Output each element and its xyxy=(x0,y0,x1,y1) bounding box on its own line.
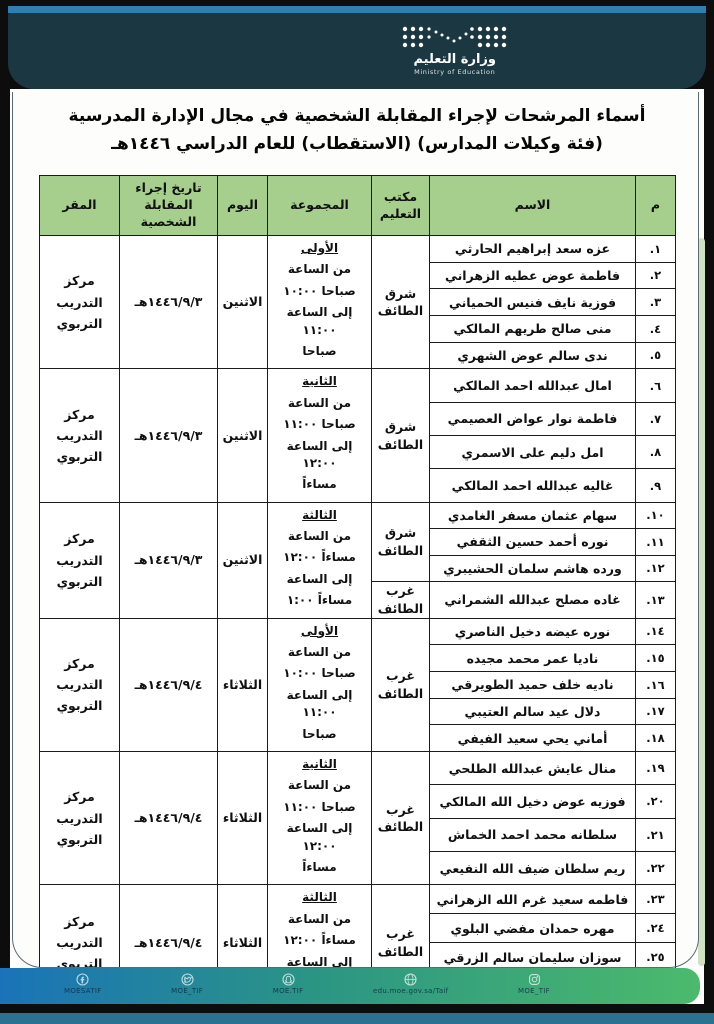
candidate-name-cell: غاليه عبدالله احمد المالكي xyxy=(430,469,636,502)
row-number-cell: ١٧. xyxy=(636,698,676,725)
venue-cell: مركز التدريب التربوي xyxy=(40,618,120,751)
group-time-line: من الساعة xyxy=(270,528,369,545)
group-time-line: إلى الساعة ١١:٠٠ xyxy=(270,304,369,339)
interview-date-cell: ١٤٤٦/٩/٣هـ xyxy=(120,236,218,369)
row-number-cell: ٥. xyxy=(636,342,676,369)
header-education-office: مكتب التعليم xyxy=(372,176,430,236)
group-time-line: إلى الساعة ١٢:٠٠ xyxy=(270,820,369,855)
candidates-table-body: ١.عزه سعد إبراهيم الحارثيشرق الطائفالأول… xyxy=(40,236,676,1001)
globe-icon xyxy=(404,973,417,986)
group-title: الثالثة xyxy=(270,507,369,524)
header-day: اليوم xyxy=(218,176,268,236)
candidate-name-cell: سهام عثمان مسفر الغامدي xyxy=(430,502,636,528)
page-edge-accent xyxy=(698,238,705,966)
education-office-cell: غرب الطائف xyxy=(372,618,430,751)
candidate-name-cell: منال عايش عبدالله الطلحي xyxy=(430,751,636,784)
group-time-line: صباحا ١٠:٠٠ xyxy=(270,283,369,300)
row-number-cell: ٢١. xyxy=(636,818,676,851)
interview-date-cell: ١٤٤٦/٩/٤هـ xyxy=(120,618,218,751)
candidate-name-cell: عزه سعد إبراهيم الحارثي xyxy=(430,236,636,263)
social-links: MOESATIFMOE_TIFMOE.TIFedu.moe.gov.sa/Tai… xyxy=(64,973,550,995)
ministry-of-education-logo: وزارة التعليم Ministry of Education xyxy=(400,24,510,76)
education-office-cell: غرب الطائف xyxy=(372,751,430,884)
group-schedule-cell: الثالثةمن الساعةمساءاً ١٢:٠٠إلى الساعةمس… xyxy=(268,502,372,618)
ministry-header-band: وزارة التعليم Ministry of Education xyxy=(8,13,706,89)
candidate-name-cell: فوزية نايف فنيس الحمياني xyxy=(430,289,636,316)
header-serial: م xyxy=(636,176,676,236)
candidate-name-cell: فوزيه عوض دخيل الله المالكي xyxy=(430,785,636,818)
row-number-cell: ٢٣. xyxy=(636,885,676,914)
social-link-edu.moe.gov.sa/taif[interactable]: edu.moe.gov.sa/Taif xyxy=(373,973,448,995)
candidate-name-cell: ناديه خلف حميد الطويرقي xyxy=(430,671,636,698)
group-title: الثانية xyxy=(270,373,369,390)
header-venue: المقر xyxy=(40,176,120,236)
ministry-name-arabic: وزارة التعليم xyxy=(400,52,510,67)
group-title: الأولى xyxy=(270,623,369,640)
row-number-cell: ١١. xyxy=(636,529,676,555)
ministry-name-english: Ministry of Education xyxy=(400,68,510,76)
row-number-cell: ١٩. xyxy=(636,751,676,784)
candidate-row: ٢٣.فاطمه سعيد غرم الله الزهرانيغرب الطائ… xyxy=(40,885,676,914)
row-number-cell: ٤. xyxy=(636,315,676,342)
candidate-name-cell: فاطمة نوار عواض العصيمي xyxy=(430,402,636,435)
social-link-moe_tif[interactable]: MOE_TIF xyxy=(518,973,550,995)
title-line-2: (فئة وكيلات المدارس) (الاستقطاب) للعام ا… xyxy=(40,131,674,159)
social-link-moe_tif[interactable]: MOE_TIF xyxy=(171,973,203,995)
group-time-line: من الساعة xyxy=(270,644,369,661)
group-time-line: صباحا ١١:٠٠ xyxy=(270,416,369,433)
group-schedule-cell: الأولىمن الساعةصباحا ١٠:٠٠إلى الساعة ١١:… xyxy=(268,236,372,369)
candidate-name-cell: ورده هاشم سلمان الحشيبري xyxy=(430,555,636,581)
day-cell: الاثنين xyxy=(218,236,268,369)
twitter-icon xyxy=(181,973,194,986)
candidate-name-cell: سلطانه محمد احمد الخماش xyxy=(430,818,636,851)
group-time-line: من الساعة xyxy=(270,395,369,412)
social-label: edu.moe.gov.sa/Taif xyxy=(373,987,448,995)
candidate-name-cell: منى صالح طريهم المالكي xyxy=(430,315,636,342)
ministry-logo-dots-icon xyxy=(400,24,510,50)
candidate-name-cell: امل دليم على الاسمري xyxy=(430,436,636,469)
group-title: الثانية xyxy=(270,756,369,773)
group-time-line: من الساعة xyxy=(270,911,369,928)
candidate-row: ٦.امال عبدالله احمد المالكيشرق الطائفالث… xyxy=(40,369,676,402)
social-label: MOESATIF xyxy=(64,987,102,995)
row-number-cell: ٢٠. xyxy=(636,785,676,818)
row-number-cell: ٧. xyxy=(636,402,676,435)
row-number-cell: ٢٤. xyxy=(636,914,676,943)
venue-cell: مركز التدريب التربوي xyxy=(40,502,120,618)
group-time-line: إلى الساعة xyxy=(270,571,369,588)
row-number-cell: ٩. xyxy=(636,469,676,502)
candidate-name-cell: فاطمه سعيد غرم الله الزهراني xyxy=(430,885,636,914)
candidate-name-cell: ريم سلطان ضيف الله النفيعي xyxy=(430,851,636,884)
group-time-line: مساءاً ١٢:٠٠ xyxy=(270,549,369,566)
footer-band: MOESATIFMOE_TIFMOE.TIFedu.moe.gov.sa/Tai… xyxy=(0,968,700,1004)
row-number-cell: ١٥. xyxy=(636,645,676,672)
instagram-icon xyxy=(528,973,541,986)
interview-date-cell: ١٤٤٦/٩/٤هـ xyxy=(120,751,218,884)
day-cell: الثلاثاء xyxy=(218,618,268,751)
group-schedule-cell: الثانيةمن الساعةصباحا ١١:٠٠إلى الساعة ١٢… xyxy=(268,751,372,884)
header-row: م الاسم مكتب التعليم المجموعة اليوم تاري… xyxy=(40,176,676,236)
candidate-row: ١٤.نوره عيضه دخيل الناصريغرب الطائفالأول… xyxy=(40,618,676,645)
candidate-name-cell: ندى سالم عوض الشهري xyxy=(430,342,636,369)
row-number-cell: ١٤. xyxy=(636,618,676,645)
snapchat-icon xyxy=(282,973,295,986)
row-number-cell: ١. xyxy=(636,236,676,263)
page-title: أسماء المرشحات لإجراء المقابلة الشخصية ف… xyxy=(40,103,674,158)
social-link-moesatif[interactable]: MOESATIF xyxy=(64,973,102,995)
education-office-cell: شرق الطائف xyxy=(372,502,430,581)
candidate-name-cell: نوره عيضه دخيل الناصري xyxy=(430,618,636,645)
group-time-line: مساءاً ١:٠٠ xyxy=(270,592,369,609)
row-number-cell: ١٦. xyxy=(636,671,676,698)
group-time-line: صباحا xyxy=(270,726,369,743)
candidate-row: ١٩.منال عايش عبدالله الطلحيغرب الطائفالث… xyxy=(40,751,676,784)
facebook-icon xyxy=(76,973,89,986)
group-schedule-cell: الثانيةمن الساعةصباحا ١١:٠٠إلى الساعة ١٢… xyxy=(268,369,372,502)
education-office-cell: شرق الطائف xyxy=(372,236,430,369)
row-number-cell: ٢٢. xyxy=(636,851,676,884)
group-schedule-cell: الأولىمن الساعةصباحا ١٠:٠٠إلى الساعة ١١:… xyxy=(268,618,372,751)
row-number-cell: ٣. xyxy=(636,289,676,316)
day-cell: الثلاثاء xyxy=(218,751,268,884)
education-office-cell: شرق الطائف xyxy=(372,369,430,502)
candidate-name-cell: غاده مصلح عبدالله الشمراني xyxy=(430,582,636,619)
row-number-cell: ١٢. xyxy=(636,555,676,581)
venue-cell: مركز التدريب التربوي xyxy=(40,369,120,502)
top-blue-strip xyxy=(8,6,706,13)
group-title: الأولى xyxy=(270,240,369,257)
candidate-name-cell: نوره أحمد حسين الثقفي xyxy=(430,529,636,555)
interview-date-cell: ١٤٤٦/٩/٣هـ xyxy=(120,502,218,618)
group-time-line: صباحا ١١:٠٠ xyxy=(270,799,369,816)
row-number-cell: ٨. xyxy=(636,436,676,469)
interview-date-cell: ١٤٤٦/٩/٣هـ xyxy=(120,369,218,502)
row-number-cell: ١٨. xyxy=(636,725,676,752)
day-cell: الاثنين xyxy=(218,369,268,502)
group-time-line: مساءاً xyxy=(270,859,369,876)
group-time-line: من الساعة xyxy=(270,261,369,278)
group-time-line: من الساعة xyxy=(270,777,369,794)
candidates-table-header: م الاسم مكتب التعليم المجموعة اليوم تاري… xyxy=(40,176,676,236)
candidate-name-cell: امال عبدالله احمد المالكي xyxy=(430,369,636,402)
title-line-1: أسماء المرشحات لإجراء المقابلة الشخصية ف… xyxy=(40,103,674,131)
row-number-cell: ٢. xyxy=(636,262,676,289)
education-office-cell: غرب الطائف xyxy=(372,582,430,619)
candidate-name-cell: ناديا عمر محمد مجيده xyxy=(430,645,636,672)
header-group: المجموعة xyxy=(268,176,372,236)
candidate-name-cell: أماني يحي سعيد الفيفي xyxy=(430,725,636,752)
group-time-line: إلى الساعة ١٢:٠٠ xyxy=(270,438,369,473)
social-label: MOE.TIF xyxy=(273,987,304,995)
venue-cell: مركز التدريب التربوي xyxy=(40,751,120,884)
day-cell: الاثنين xyxy=(218,502,268,618)
header-interview-date: تاريخ إجراء المقابلة الشخصية xyxy=(120,176,218,236)
group-time-line: مساءاً xyxy=(270,476,369,493)
social-label: MOE_TIF xyxy=(171,987,203,995)
candidate-name-cell: فاطمة عوض عطيه الزهراني xyxy=(430,262,636,289)
group-title: الثالثة xyxy=(270,889,369,906)
venue-cell: مركز التدريب التربوي xyxy=(40,236,120,369)
group-time-line: مساءاً ١٢:٠٠ xyxy=(270,932,369,949)
social-label: MOE_TIF xyxy=(518,987,550,995)
candidate-name-cell: دلال عيد سالم العتيبي xyxy=(430,698,636,725)
social-link-moe.tif[interactable]: MOE.TIF xyxy=(273,973,304,995)
row-number-cell: ٦. xyxy=(636,369,676,402)
candidate-name-cell: مهره حمدان مفضي البلوي xyxy=(430,914,636,943)
group-time-line: إلى الساعة ١١:٠٠ xyxy=(270,687,369,722)
group-time-line: صباحا ١٠:٠٠ xyxy=(270,665,369,682)
header-name: الاسم xyxy=(430,176,636,236)
row-number-cell: ١٠. xyxy=(636,502,676,528)
candidate-row: ١٠.سهام عثمان مسفر الغامديشرق الطائفالثا… xyxy=(40,502,676,528)
candidates-table: م الاسم مكتب التعليم المجموعة اليوم تاري… xyxy=(39,175,676,1001)
candidate-row: ١.عزه سعد إبراهيم الحارثيشرق الطائفالأول… xyxy=(40,236,676,263)
screenshot-root: { "brand": { "logo_arabic": "وزارة التعل… xyxy=(0,0,714,1024)
bottom-teal-strip xyxy=(0,1013,714,1024)
row-number-cell: ١٣. xyxy=(636,582,676,619)
group-time-line: صباحا xyxy=(270,343,369,360)
